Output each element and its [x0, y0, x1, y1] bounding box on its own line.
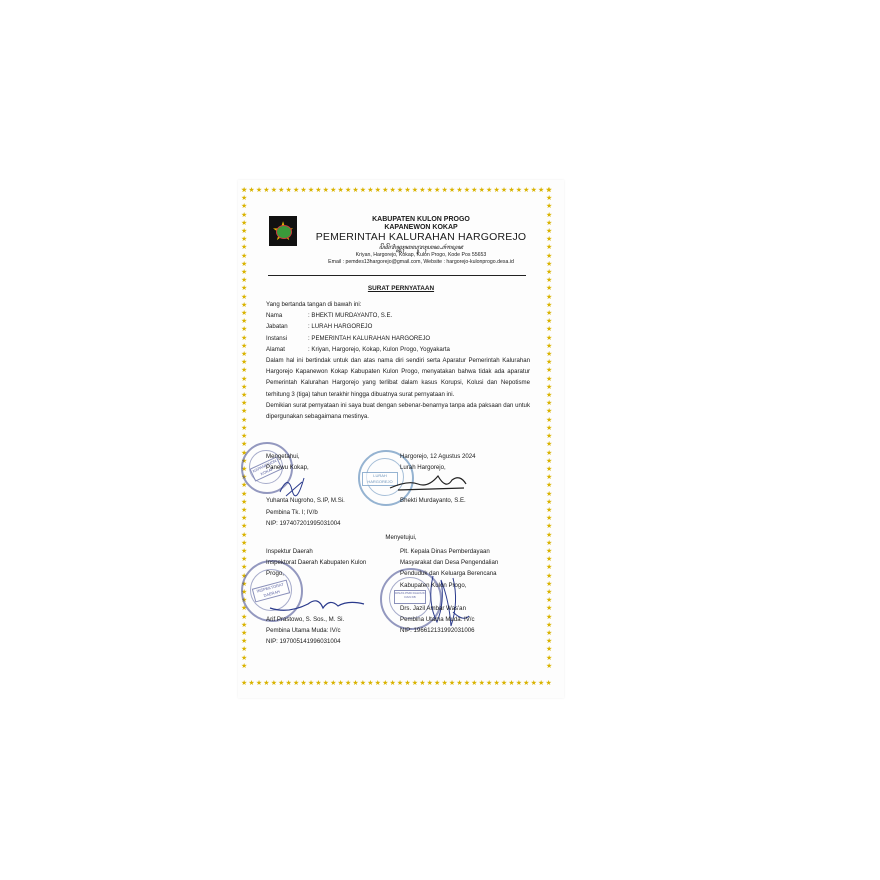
sig-acknowledge-label: Mengetahui,	[266, 451, 376, 462]
sig-office: Inspektorat Daerah Kabupaten Kulon	[266, 557, 396, 568]
regency-emblem-icon: ★	[269, 216, 297, 246]
letterhead-government: PEMERINTAH KALURAHAN HARGOREJO	[298, 232, 544, 243]
field-value: : LURAH HARGOREJO	[308, 321, 372, 332]
sig-office-cont: Progo,	[266, 568, 396, 579]
field-label: Alamat	[266, 344, 308, 355]
signature-block-kepala-dinas: Plt. Kepala Dinas Pemberdayaan Masyaraka…	[400, 546, 540, 636]
sig-nip: NIP: 197005141996031004	[266, 636, 396, 647]
closing-paragraph: Demikian surat pernyataan ini saya buat …	[266, 400, 530, 422]
star-border-top: ★★★★★★★★★★★★★★★★★★★★★★★★★★★★★★★★★★★★★★★★…	[241, 187, 553, 194]
field-row: Alamat: Kriyan, Hargorejo, Kokap, Kulon …	[266, 344, 530, 355]
field-label: Jabatan	[266, 321, 308, 332]
sig-position: Panewu Kokap,	[266, 462, 376, 473]
star-border-right: ★★★★★★★★★★★★★★★★★★★★★★★★★★★★★★★★★★★★★★★★…	[546, 187, 553, 687]
approval-label: Menyetujui,	[238, 534, 564, 541]
sig-rank: Pembina Tk. I; IV/b	[266, 507, 376, 518]
letterhead-regency: KABUPATEN KULON PROGO	[298, 216, 544, 224]
field-row: Jabatan: LURAH HARGOREJO	[266, 321, 530, 332]
statement-paragraph: Dalam hal ini bertindak untuk dan atas n…	[266, 355, 530, 400]
sig-position: Inspektur Daerah	[266, 546, 396, 557]
document-page: ★★★★★★★★★★★★★★★★★★★★★★★★★★★★★★★★★★★★★★★★…	[238, 180, 564, 698]
sig-place-date: Hargorejo, 12 Agustus 2024	[400, 451, 530, 462]
star-border-bottom: ★★★★★★★★★★★★★★★★★★★★★★★★★★★★★★★★★★★★★★★★…	[241, 680, 553, 687]
sig-rank: Pembina Utama Muda: IV/c	[400, 614, 540, 625]
sig-position-cont: Masyarakat dan Desa Pengendalian	[400, 557, 540, 568]
signature-block-panewu: Mengetahui, Panewu Kokap, Yuhanta Nugroh…	[266, 451, 376, 529]
sig-position: Lurah Hargorejo,	[400, 462, 530, 473]
signature-block-inspektur: Inspektur Daerah Inspektorat Daerah Kabu…	[266, 546, 396, 647]
intro-text: Yang bertanda tangan di bawah ini:	[266, 299, 530, 310]
sig-nip: NIP: 196612131992031006	[400, 625, 540, 636]
sig-name: Yuhanta Nugroho, S.IP, M.Si.	[266, 495, 376, 506]
sig-name: Arif Prastowo, S. Sos., M. Si.	[266, 614, 396, 625]
field-value: : BHEKTI MURDAYANTO, S.E.	[308, 310, 392, 321]
field-row: Instansi: PEMERINTAH KALURAHAN HARGOREJO	[266, 333, 530, 344]
letterhead-contact: Email : pemdes13hargorejo@gmail.com, Web…	[298, 259, 544, 266]
letterhead: KABUPATEN KULON PROGO KAPANEWON KOKAP PE…	[298, 216, 544, 265]
document-title: SURAT PERNYATAAN	[238, 285, 564, 292]
star-border-left: ★★★★★★★★★★★★★★★★★★★★★★★★★★★★★★★★★★★★★★★★…	[241, 187, 248, 687]
field-row: Nama: BHEKTI MURDAYANTO, S.E.	[266, 310, 530, 321]
letterhead-javanese: ꦥꦼꦩꦼꦫꦶꦤ꧀ꦠꦃꦏꦭꦸꦫꦃꦲꦤ꧀ꦲꦂꦒꦉꦗ	[298, 243, 544, 252]
sig-name: Drs. Jazil Ambar Was'an	[400, 603, 540, 614]
sig-position: Plt. Kepala Dinas Pemberdayaan	[400, 546, 540, 557]
field-value: : Kriyan, Hargorejo, Kokap, Kulon Progo,…	[308, 344, 450, 355]
letterhead-divider	[268, 275, 526, 276]
sig-nip: NIP: 197407201995031004	[266, 518, 376, 529]
field-label: Instansi	[266, 333, 308, 344]
sig-name: Bhekti Murdayanto, S.E.	[400, 495, 530, 506]
sig-office: Kabupaten Kulon Progo,	[400, 580, 540, 591]
document-body: Yang bertanda tangan di bawah ini: Nama:…	[266, 299, 530, 422]
field-label: Nama	[266, 310, 308, 321]
field-value: : PEMERINTAH KALURAHAN HARGOREJO	[308, 333, 430, 344]
sig-rank: Pembina Utama Muda: IV/c	[266, 625, 396, 636]
emblem-circle	[276, 225, 292, 239]
sig-position-cont: Penduduk dan Keluarga Berencana	[400, 568, 540, 579]
signature-block-lurah: Hargorejo, 12 Agustus 2024 Lurah Hargore…	[400, 451, 530, 507]
